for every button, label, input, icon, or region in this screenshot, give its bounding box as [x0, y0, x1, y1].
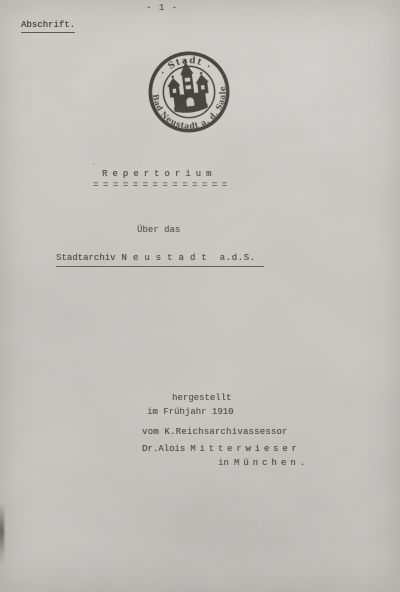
title: Repertorium	[102, 169, 216, 180]
imprint-line-2: im Frühjahr 1910	[147, 407, 233, 418]
page-number: - 1 -	[146, 3, 178, 14]
imprint-line-4: Dr.AloisMitterwieser	[142, 444, 301, 455]
document-page: - 1 - Abschrift. · Stadt · Bad Neustadt …	[0, 0, 400, 592]
city-seal-stamp: · Stadt · Bad Neustadt a. d. Saale	[142, 45, 236, 139]
imprint-line-4-name: Mitterwieser	[190, 444, 300, 454]
imprint-line-5: inMünchen.	[218, 458, 309, 469]
paper-specks	[0, 0, 2, 2]
subject-name: Neustadt	[121, 253, 212, 263]
imprint-line-3: vom K.Reichsarchivassessor	[142, 427, 288, 438]
title-underline: ==============	[93, 180, 232, 191]
abschrift-annotation: Abschrift.	[21, 20, 75, 33]
imprint-line-1: hergestellt	[172, 393, 231, 404]
subject-suffix: a.d.S.	[220, 253, 256, 263]
subject-line: StadtarchivNeustadta.d.S.	[56, 253, 264, 267]
scan-edge-smudge	[0, 503, 4, 565]
subtitle: Über das	[137, 225, 180, 236]
imprint-line-4-prefix: Dr.Alois	[142, 444, 185, 454]
imprint-line-5-prefix: in	[218, 458, 229, 468]
imprint-line-5-name: München.	[234, 458, 309, 468]
subject-prefix: Stadtarchiv	[56, 253, 115, 263]
